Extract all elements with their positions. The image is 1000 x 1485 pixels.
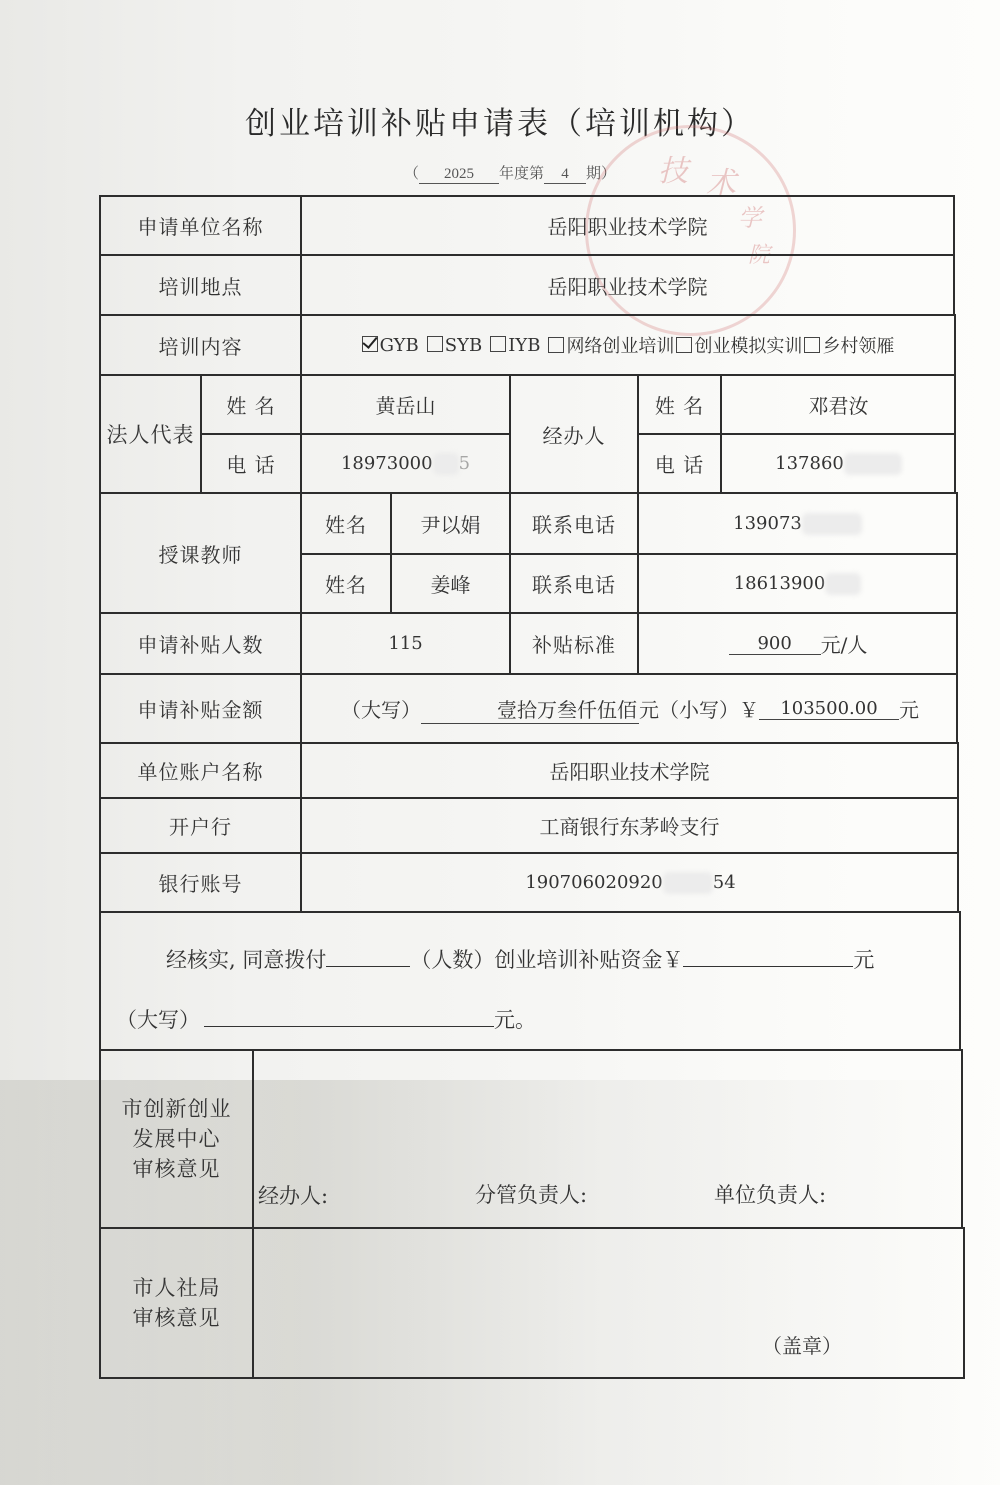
bank-value: 工商银行东茅岭支行 [302,799,957,852]
phone-visible: 137860 [775,453,844,474]
headcount-blank[interactable] [326,948,410,967]
amount-uppercase-blank[interactable] [204,1008,494,1027]
subsidy-amount-value: （大写）壹拾万叁仟伍佰元（小写）￥103500.00元 [302,675,958,742]
teacher-2-name-label: 姓名 [302,555,390,612]
option-iyb[interactable]: IYB [490,335,540,356]
standard-amount: 900 [729,633,821,655]
option-online-training[interactable]: 网络创业培训 [548,332,674,358]
label-line: 审核意见 [133,1303,221,1333]
phone-visible: 139073 [733,513,802,534]
grid-line [961,1049,963,1229]
option-label: SYB [445,335,482,356]
teacher-1-name: 尹以娟 [392,494,509,553]
checkbox-icon[interactable] [548,337,564,353]
period-issue-label: 期） [586,166,616,182]
grid-line [252,1049,254,1379]
bank-label: 开户行 [101,799,300,852]
handler-label: 经办人 [511,376,637,492]
approval-mid: （人数）创业培训补贴资金￥ [410,948,683,972]
legal-rep-name-label: 姓 名 [202,376,300,433]
upper-prefix: （大写） [341,694,421,723]
teacher-2-name: 姜峰 [392,555,509,612]
center-unit-head-signature[interactable]: 单位负责人: [714,1179,826,1209]
subsidy-amount-label: 申请补贴金额 [101,675,300,742]
applicant-unit-value: 岳阳职业技术学院 [302,197,953,254]
center-review-label: 市创新创业 发展中心 审核意见 [101,1051,252,1227]
seal-label: （盖章） [762,1330,842,1359]
approval-line-1: 经核实, 同意拨付（人数）创业培训补贴资金￥元 [166,944,874,974]
account-tail: 54 [713,872,736,893]
option-simulation-training[interactable]: 创业模拟实训 [676,332,802,358]
handler-name-label: 姓 名 [639,376,720,433]
redaction-blur [844,453,902,475]
subsidy-count-value: 115 [302,614,509,673]
amount-numeric: 103500.00 [759,698,899,720]
grid-line [99,911,959,913]
grid-line [953,195,955,315]
subsidy-standard-label: 补贴标准 [511,614,637,673]
account-name-label: 单位账户名称 [101,744,300,797]
account-name-value: 岳阳职业技术学院 [302,744,957,797]
account-visible: 190706020920 [525,872,662,893]
phone-visible: 18613900 [734,573,826,594]
redaction-blur [802,513,862,535]
period-open: （ [404,166,419,182]
training-location-value: 岳阳职业技术学院 [302,256,953,314]
account-number-label: 银行账号 [101,854,300,911]
approval-upper-suffix: 元。 [494,1008,536,1032]
option-rural-leader[interactable]: 乡村领雁 [804,332,894,358]
legal-rep-name: 黄岳山 [302,376,509,433]
checkbox-icon[interactable] [804,337,820,353]
amount-uppercase: 壹拾万叁仟伍佰 [421,694,639,724]
legal-rep-phone: 189730005 [302,435,509,492]
approval-suffix: 元 [853,948,874,972]
label-line: 审核意见 [133,1154,221,1184]
center-supervisor-signature[interactable]: 分管负责人: [475,1179,587,1209]
upper-unit: 元（小写）￥ [639,694,759,723]
teacher-2-phone-label: 联系电话 [511,555,637,612]
legal-rep-label: 法人代表 [101,376,200,492]
option-label: IYB [508,335,540,356]
option-syb[interactable]: SYB [427,335,482,356]
training-content-label: 培训内容 [101,316,300,374]
option-label: 网络创业培训 [566,336,674,357]
option-label: 创业模拟实训 [694,336,802,357]
teachers-label: 授课教师 [101,494,300,612]
checkbox-icon[interactable] [676,337,692,353]
lower-unit: 元 [899,694,919,723]
label-line: 市人社局 [133,1273,221,1303]
teacher-2-phone: 18613900 [639,555,956,612]
period-line: （2025年度第4期） [404,162,616,184]
redaction-blur [433,453,459,475]
approval-prefix: 经核实, 同意拨付 [166,948,326,972]
checkbox-checked-icon[interactable] [362,336,378,352]
grid-line [963,1227,965,1379]
label-line: 发展中心 [133,1124,221,1154]
teacher-1-phone: 139073 [639,494,956,553]
handler-phone-label: 电 话 [639,435,720,492]
teacher-1-name-label: 姓名 [302,494,390,553]
period-year-label: 年度第 [499,166,544,182]
handler-phone: 137860 [722,435,955,492]
checkbox-icon[interactable] [490,336,506,352]
training-content-options: GYB SYB IYB 网络创业培训 创业模拟实训 乡村领雁 [302,316,954,374]
training-location-label: 培训地点 [101,256,300,314]
phone-visible: 18973000 [341,453,433,474]
amount-blank[interactable] [683,948,853,967]
form-title: 创业培训补贴申请表（培训机构） [0,98,1000,143]
period-issue: 4 [544,166,586,184]
legal-rep-phone-label: 电 话 [202,435,300,492]
center-handler-signature[interactable]: 经办人: [258,1180,328,1210]
approval-upper-prefix: （大写） [116,1008,200,1032]
subsidy-standard-value: 900元/人 [639,614,957,673]
redaction-blur [663,872,713,894]
redaction-blur [825,573,861,595]
approval-line-2: （大写）元。 [116,1004,536,1034]
teacher-1-phone-label: 联系电话 [511,494,637,553]
checkbox-icon[interactable] [427,336,443,352]
applicant-unit-label: 申请单位名称 [101,197,300,254]
phone-tail: 5 [459,453,470,474]
grid-line [959,911,961,1051]
account-number-value: 19070602092054 [302,854,959,911]
handler-name: 邓君汝 [722,376,955,433]
grid-line [99,1377,964,1379]
standard-unit: 元/人 [821,629,868,658]
hrss-review-label: 市人社局 审核意见 [101,1229,252,1377]
option-label: 乡村领雁 [822,336,894,357]
option-label: GYB [380,335,419,356]
period-year: 2025 [419,166,499,184]
label-line: 市创新创业 [122,1094,232,1124]
seal-char: 技 [658,146,688,190]
option-gyb[interactable]: GYB [362,335,419,356]
subsidy-count-label: 申请补贴人数 [101,614,300,673]
